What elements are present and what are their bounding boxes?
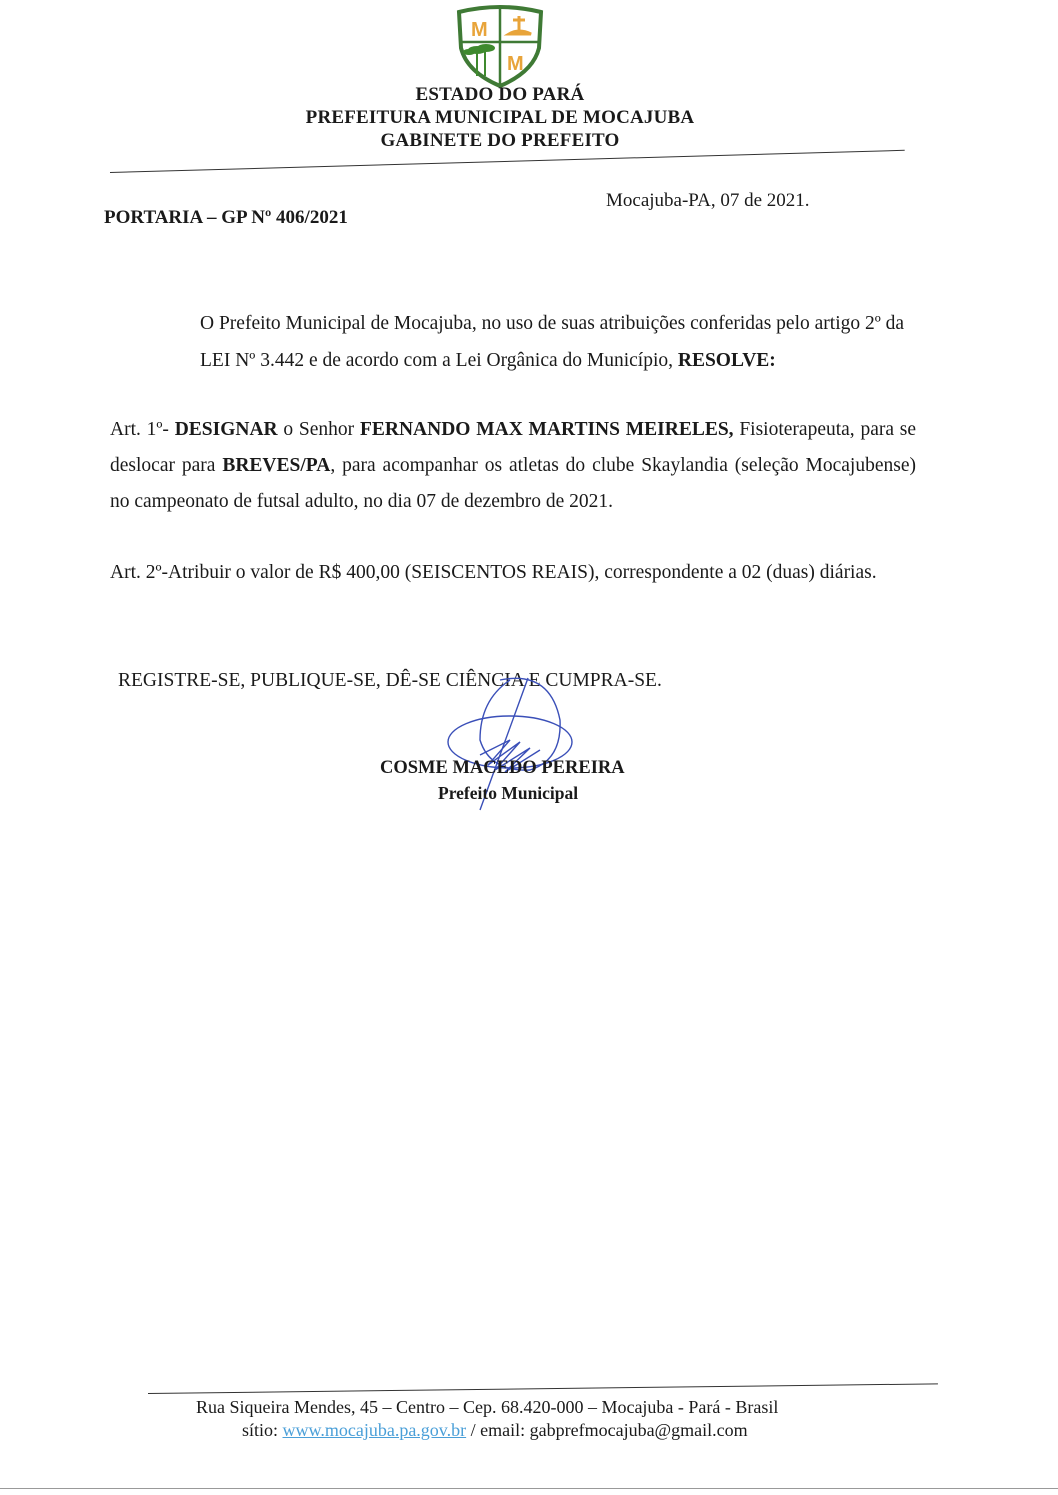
art1-verb: DESIGNAR: [175, 419, 278, 440]
document-number: PORTARIA – GP Nº 406/2021: [104, 207, 348, 229]
footer-address: Rua Siqueira Mendes, 45 – Centro – Cep. …: [196, 1397, 778, 1418]
place-date: Mocajuba-PA, 07 de 2021.: [606, 190, 810, 212]
email-text: / email: gabprefmocajuba@gmail.com: [466, 1420, 747, 1440]
svg-text:M: M: [471, 19, 488, 41]
header-divider: [110, 150, 905, 174]
resolve-label: RESOLVE:: [678, 350, 776, 371]
svg-text:M: M: [507, 53, 524, 75]
footer-divider: [148, 1383, 938, 1394]
page-bottom-edge: [0, 1488, 1058, 1489]
destination: BREVES/PA: [222, 455, 330, 476]
article-2: Art. 2º-Atribuir o valor de R$ 400,00 (S…: [110, 551, 916, 595]
preamble-text: O Prefeito Municipal de Mocajuba, no uso…: [200, 313, 904, 371]
coat-of-arms-icon: M M: [453, 4, 547, 88]
closing-formula: REGISTRE-SE, PUBLIQUE-SE, DÊ-SE CIÊNCIA …: [118, 670, 662, 692]
letterhead-office: GABINETE DO PREFEITO: [0, 130, 1000, 152]
site-label: sítio:: [242, 1420, 283, 1440]
website-link[interactable]: www.mocajuba.pa.gov.br: [283, 1420, 467, 1440]
signer-name: COSME MACEDO PEREIRA: [380, 758, 625, 779]
art1-text: o Senhor: [278, 419, 360, 440]
letterhead-state: ESTADO DO PARÁ: [0, 84, 1000, 106]
designee-name: FERNANDO MAX MARTINS MEIRELES,: [360, 419, 734, 440]
preamble-paragraph: O Prefeito Municipal de Mocajuba, no uso…: [110, 305, 910, 379]
footer-contact: sítio: www.mocajuba.pa.gov.br / email: g…: [242, 1420, 748, 1441]
signer-role: Prefeito Municipal: [438, 783, 578, 804]
art1-lead: Art. 1º-: [110, 419, 175, 440]
letterhead-municipality: PREFEITURA MUNICIPAL DE MOCAJUBA: [0, 107, 1000, 129]
article-1: Art. 1º- DESIGNAR o Senhor FERNANDO MAX …: [110, 412, 916, 520]
